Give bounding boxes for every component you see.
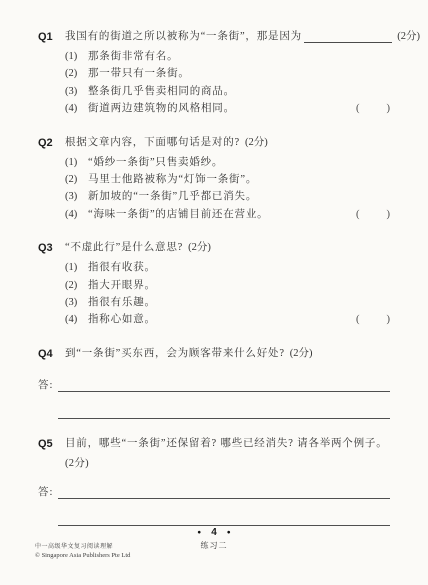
question-q4: Q4 到“一条街”买东西，会为顾客带来什么好处? (2分) 答: [38, 345, 420, 419]
option-4: (4) “海味一条街”的店铺目前还在营业。 () [65, 206, 420, 223]
answer-bracket: () [356, 100, 390, 117]
answer-bracket: () [356, 311, 390, 328]
question-number: Q4 [38, 345, 65, 365]
page-number: 4 [211, 527, 217, 538]
option-1: (1) 那条街非常有名。 [65, 48, 420, 65]
question-q5: Q5 目前，哪些“一条街”还保留着? 哪些已经消失? 请各举两个例子。 (2分)… [38, 435, 420, 526]
option-3: (3) 整条街几乎售卖相同的商品。 [65, 83, 420, 100]
answer-label: 答: [38, 484, 58, 499]
answer-label: 答: [38, 377, 58, 392]
marks-label: (2分) [397, 28, 420, 46]
answer-line [58, 498, 390, 499]
answer-row-2 [38, 499, 390, 526]
marks-label: (2分) [290, 345, 313, 363]
answer-row-2 [38, 392, 390, 419]
option-1: (1) 指很有收获。 [65, 259, 420, 276]
marks-label: (2分) [65, 455, 420, 472]
question-text: 我国有的街道之所以被称为“一条街”，那是因为 [65, 28, 302, 46]
option-2: (2) 那一带只有一条街。 [65, 65, 420, 82]
answer-area: 答: [38, 475, 390, 526]
option-1: (1) “婚纱一条街”只售卖婚纱。 [65, 154, 420, 171]
question-q3: Q3 “不虚此行”是什么意思? (2分) (1) 指很有收获。 (2) 指大开眼… [38, 239, 420, 329]
worksheet-page: Q1 我国有的街道之所以被称为“一条街”，那是因为 (2分) (1) 那条街非常… [0, 0, 428, 526]
marks-label: (2分) [245, 134, 268, 152]
question-text: “不虚此行”是什么意思? [65, 239, 183, 257]
answer-bracket: () [356, 206, 390, 223]
question-number: Q1 [38, 28, 65, 118]
option-2: (2) 马里士他路被称为“灯饰一条街”。 [65, 171, 420, 188]
dot-icon: ● [197, 527, 201, 538]
answer-row-1: 答: [38, 475, 390, 499]
question-text: 根据文章内容，下面哪句话是对的? [65, 134, 240, 152]
dot-icon: ● [227, 527, 231, 538]
answer-line [58, 391, 390, 392]
option-4: (4) 街道两边建筑物的风格相同。 () [65, 100, 420, 117]
question-q2: Q2 根据文章内容，下面哪句话是对的? (2分) (1) “婚纱一条街”只售卖婚… [38, 134, 420, 224]
question-q1: Q1 我国有的街道之所以被称为“一条街”，那是因为 (2分) (1) 那条街非常… [38, 28, 420, 118]
fill-in-blank-line [304, 28, 392, 43]
question-text: 目前，哪些“一条街”还保留着? 哪些已经消失? 请各举两个例子。 [65, 435, 388, 453]
page-footer: ● 4 ● 练习二 中一高级华文复习阅读理解 © Singapore Asia … [0, 527, 428, 551]
question-text: 到“一条街”买东西，会为顾客带来什么好处? [65, 345, 285, 363]
marks-label: (2分) [188, 239, 211, 257]
series-title: 中一高级华文复习阅读理解 [35, 541, 130, 550]
question-number: Q5 [38, 435, 65, 472]
option-3: (3) 新加坡的“一条街”几乎都已消失。 [65, 188, 420, 205]
option-2: (2) 指大开眼界。 [65, 277, 420, 294]
option-4: (4) 指称心如意。 () [65, 311, 420, 328]
answer-line [58, 418, 390, 419]
question-number: Q3 [38, 239, 65, 329]
answer-line [58, 525, 390, 526]
copyright-notice: © Singapore Asia Publishers Pte Ltd [35, 552, 130, 559]
question-number: Q2 [38, 134, 65, 224]
answer-area: 答: [38, 368, 390, 419]
answer-row-1: 答: [38, 368, 390, 392]
option-3: (3) 指很有乐趣。 [65, 294, 420, 311]
